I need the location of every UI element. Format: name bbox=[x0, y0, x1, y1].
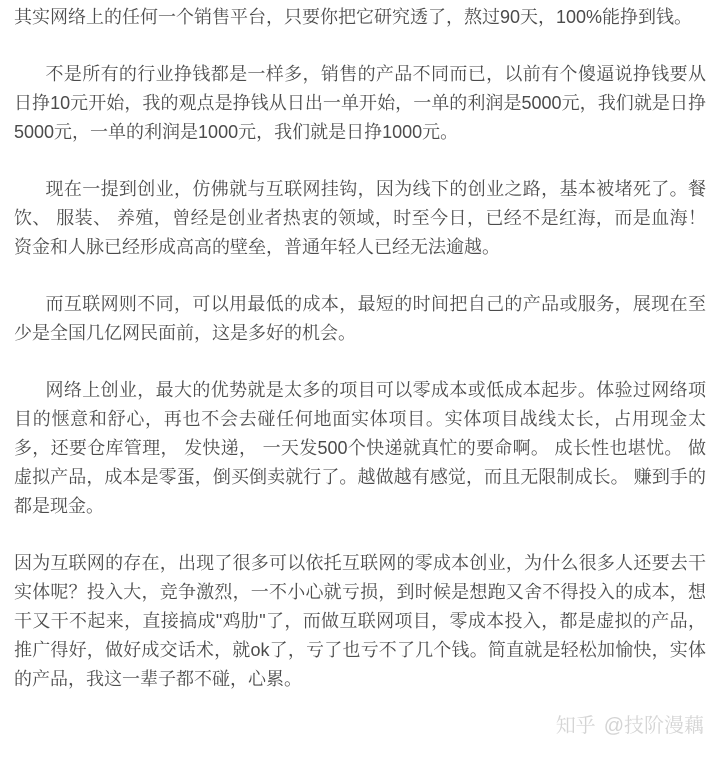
paragraph: 而互联网则不同，可以用最低的成本，最短的时间把自己的产品或服务，展现在至少是全国… bbox=[14, 290, 706, 348]
paragraph: 因为互联网的存在，出现了很多可以依托互联网的零成本创业，为什么很多人还要去干实体… bbox=[14, 549, 706, 694]
paragraph: 网络上创业，最大的优势就是太多的项目可以零成本或低成本起步。体验过网络项目的惬意… bbox=[14, 376, 706, 521]
zhihu-brand-text: 知乎 bbox=[556, 715, 596, 737]
zhihu-watermark: 知乎@技阶漫藕 bbox=[556, 712, 704, 740]
paragraph: 现在一提到创业，仿佛就与互联网挂钩，因为线下的创业之路，基本被堵死了。餐饮、 服… bbox=[14, 175, 706, 262]
paragraph: 其实网络上的任何一个销售平台，只要你把它研究透了，熬过90天，100%能挣到钱。 bbox=[14, 3, 706, 32]
article-body: 其实网络上的任何一个销售平台，只要你把它研究透了，熬过90天，100%能挣到钱。… bbox=[0, 0, 720, 694]
watermark-username: @技阶漫藕 bbox=[604, 715, 704, 737]
paragraph: 不是所有的行业挣钱都是一样多，销售的产品不同而已，以前有个傻逼说挣钱要从日挣10… bbox=[14, 60, 706, 147]
